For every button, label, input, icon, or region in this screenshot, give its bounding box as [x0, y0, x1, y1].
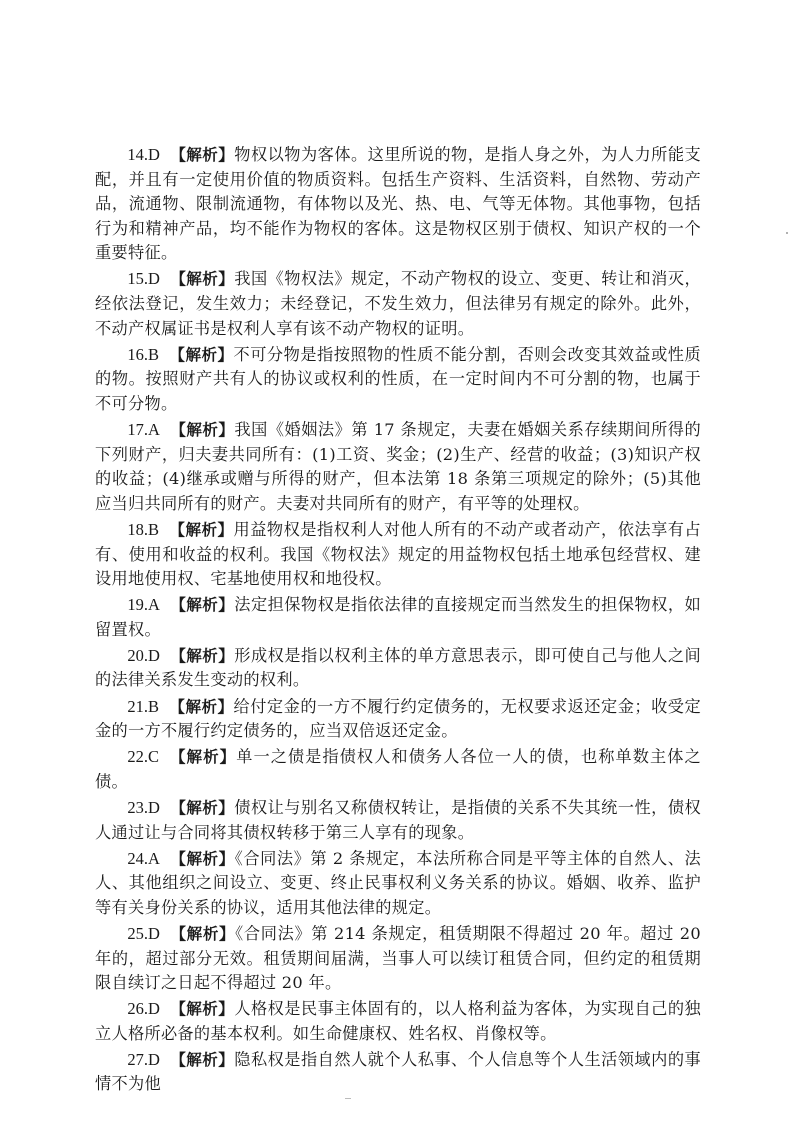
answer-letter: C: [148, 747, 159, 766]
entry-25: 25.D【解析】《合同法》第 214 条规定，租赁期限不得超过 20 年。超过 …: [95, 922, 701, 996]
entry-23: 23.D【解析】债权让与别名又称债权转让，是指债的关系不失其统一性，债权人通过让…: [95, 796, 701, 845]
analysis-tag: 【解析】: [170, 1051, 234, 1069]
entry-16: 16.B【解析】不可分物是指按照物的性质不能分割，否则会改变其效益或性质的物。按…: [95, 343, 701, 417]
analysis-tag: 【解析】: [169, 698, 233, 716]
answer-letter: D: [148, 798, 160, 817]
analysis-tag: 【解析】: [170, 421, 234, 439]
entry-26: 26.D【解析】人格权是民事主体固有的，以人格利益为客体，为实现自己的独立人格所…: [95, 997, 701, 1046]
question-number: 27.: [127, 1050, 148, 1069]
entry-18: 18.B【解析】用益物权是指权利人对他人所有的不动产或者动产，依法享有占有、使用…: [95, 518, 701, 592]
answer-letter: D: [148, 145, 160, 164]
answer-letter: B: [148, 345, 159, 364]
question-number: 21.: [127, 697, 148, 716]
question-number: 15.: [127, 269, 148, 288]
answer-letter: D: [148, 646, 160, 665]
answer-letter: D: [148, 269, 160, 288]
analysis-tag: 【解析】: [170, 596, 234, 614]
answer-letter: D: [148, 999, 160, 1018]
analysis-tag: 【解析】: [170, 647, 234, 665]
answer-letter: B: [148, 520, 159, 539]
entry-15: 15.D【解析】我国《物权法》规定，不动产物权的设立、变更、转让和消灭，经依法登…: [95, 267, 701, 341]
entry-24: 24.A【解析】《合同法》第 2 条规定，本法所称合同是平等主体的自然人、法人、…: [95, 847, 701, 921]
answer-letter: A: [148, 420, 160, 439]
question-number: 14.: [127, 145, 148, 164]
answer-explanations-page: 14.D【解析】物权以物为客体。这里所说的物，是指人身之外，为人力所能支配，并且…: [95, 143, 701, 1099]
answer-letter: D: [148, 1050, 160, 1069]
scan-speck: [786, 232, 788, 234]
question-number: 18.: [127, 520, 148, 539]
analysis-tag: 【解析】: [170, 1000, 234, 1018]
analysis-tag: 【解析】: [170, 146, 234, 164]
analysis-tag: 【解析】: [170, 270, 234, 288]
entry-22: 22.C【解析】单一之债是指债权人和债务人各位一人的债，也称单数主体之债。: [95, 745, 701, 794]
answer-letter: B: [148, 697, 159, 716]
analysis-tag: 【解析】: [169, 346, 233, 364]
question-number: 19.: [127, 595, 148, 614]
answer-letter: D: [148, 924, 160, 943]
question-number: 25.: [127, 924, 148, 943]
entry-14: 14.D【解析】物权以物为客体。这里所说的物，是指人身之外，为人力所能支配，并且…: [95, 143, 701, 266]
analysis-tag: 【解析】: [170, 925, 235, 943]
question-number: 23.: [127, 798, 148, 817]
answer-letter: A: [148, 595, 160, 614]
page-footer-mark: [345, 1098, 351, 1099]
analysis-tag: 【解析】: [170, 850, 235, 868]
question-number: 16.: [127, 345, 148, 364]
question-number: 24.: [127, 849, 148, 868]
entry-20: 20.D【解析】形成权是指以权利主体的单方意思表示，即可使自己与他人之间的法律关…: [95, 644, 701, 693]
question-number: 17.: [127, 420, 148, 439]
question-number: 22.: [127, 747, 148, 766]
analysis-tag: 【解析】: [170, 799, 234, 817]
entry-19: 19.A【解析】法定担保物权是指依法律的直接规定而当然发生的担保物权，如留置权。: [95, 593, 701, 642]
answer-letter: A: [148, 849, 160, 868]
entry-21: 21.B【解析】给付定金的一方不履行约定债务的，无权要求返还定金；收受定金的一方…: [95, 695, 701, 744]
entry-27: 27.D【解析】隐私权是指自然人就个人私事、个人信息等个人生活领域内的事情不为他: [95, 1048, 701, 1097]
analysis-tag: 【解析】: [169, 748, 236, 766]
question-number: 26.: [127, 999, 148, 1018]
analysis-tag: 【解析】: [169, 521, 233, 539]
question-number: 20.: [127, 646, 148, 665]
entry-17: 17.A【解析】我国《婚姻法》第 17 条规定，夫妻在婚姻关系存续期间所得的下列…: [95, 418, 701, 516]
